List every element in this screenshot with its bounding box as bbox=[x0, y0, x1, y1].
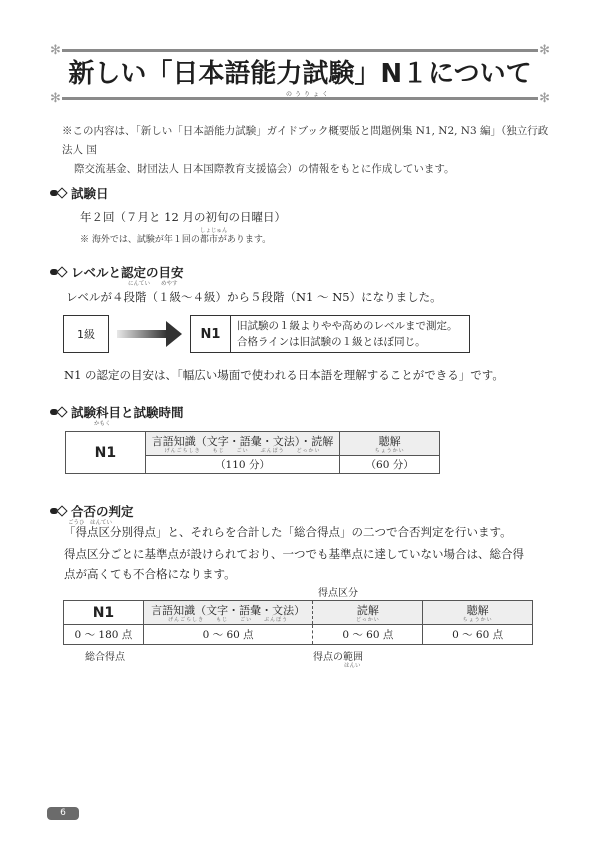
header-ruby: げんごちしき もじ ごい ぶんぽう どっかい bbox=[146, 448, 339, 454]
level-change-text: レベルが４段階（１級～４級）から５段階（N1 ～ N5）になりました。 bbox=[66, 288, 442, 306]
heading-ruby: にんてい めやす bbox=[128, 279, 178, 287]
range-ruby: はんい bbox=[344, 661, 361, 669]
pen-bullet-icon bbox=[50, 506, 68, 516]
score-table: N1 言語知識（文字・語彙・文法） げんごちしき もじ ごい ぶんぽう 読解 ど… bbox=[63, 600, 533, 645]
heading-ruby: かもく bbox=[94, 419, 111, 427]
header-ruby: ちょうかい bbox=[340, 448, 439, 454]
title-block: ✻ ✻ ✻ ✻ 新しい「日本語能力試験」N１について のうりょく bbox=[50, 44, 550, 104]
heading-label: 試験日 bbox=[71, 184, 109, 202]
header-label: 言語知識（文字・語彙・文法）・読解 bbox=[152, 435, 334, 448]
new-level-box: N1 旧試験の１級よりやや高めのレベルまで測定。 合格ラインは旧試験の１級とほぼ… bbox=[190, 315, 470, 353]
asterisk-decoration-icon: ✻ bbox=[539, 92, 550, 105]
header-ruby: げんごちしき もじ ごい ぶんぽう bbox=[144, 617, 313, 623]
header-label: 聴解 bbox=[379, 435, 401, 448]
exam-date-text: 年２回（７月と 12 月の初旬の日曜日） bbox=[80, 208, 286, 226]
table-level-cell: N1 bbox=[64, 601, 144, 625]
arrow-head-icon bbox=[166, 321, 182, 347]
asterisk-decoration-icon: ✻ bbox=[539, 44, 550, 57]
table-level-cell: N1 bbox=[66, 432, 146, 474]
section-heading-subjects: 試験科目と試験時間 bbox=[50, 403, 184, 421]
exam-date-note: ※ 海外では、試験が年１回の都市があります。 bbox=[80, 232, 271, 245]
title-ruby: のうりょく bbox=[286, 89, 331, 98]
table-header-cell: 言語知識（文字・語彙・文法） げんごちしき もじ ごい ぶんぽう bbox=[143, 601, 313, 625]
table-cell-total: 0 ～ 180 点 bbox=[64, 625, 144, 645]
old-level-box: 1級 bbox=[63, 315, 109, 353]
table-header-cell: 聴解 ちょうかい bbox=[423, 601, 533, 625]
pen-bullet-icon bbox=[50, 407, 68, 417]
level-criteria-text: N1 の認定の目安は、「幅広い場面で使われる日本語を理解することができる」です。 bbox=[64, 366, 504, 384]
document-page: ✻ ✻ ✻ ✻ 新しい「日本語能力試験」N１について のうりょく ※この内容は、… bbox=[0, 0, 600, 846]
heading-label: 試験科目と試験時間 bbox=[71, 403, 184, 421]
score-category-label: 得点区分 bbox=[318, 584, 358, 599]
page-title: 新しい「日本語能力試験」N１について bbox=[50, 58, 550, 90]
desc-line1: 旧試験の１級よりやや高めのレベルまで測定。 bbox=[237, 318, 463, 334]
intro-note: ※この内容は、「新しい「日本語能力試験」ガイドブック概要版と問題例集 N1, N… bbox=[62, 122, 552, 179]
table-cell-time: （110 分） bbox=[145, 456, 339, 474]
asterisk-decoration-icon: ✻ bbox=[50, 92, 61, 105]
table-cell-range: 0 ～ 60 点 bbox=[423, 625, 533, 645]
intro-note-line1: ※この内容は、「新しい「日本語能力試験」ガイドブック概要版と問題例集 N1, N… bbox=[62, 125, 548, 156]
table-cell-time: （60 分） bbox=[340, 456, 440, 474]
desc-line2: 合格ラインは旧試験の１級とほぼ同じ。 bbox=[237, 334, 463, 350]
table-cell-range: 0 ～ 60 点 bbox=[313, 625, 423, 645]
intro-note-line2: 際交流基金、財団法人 日本国際教育支援協会）の情報をもとに作成しています。 bbox=[62, 160, 552, 179]
pen-bullet-icon bbox=[50, 188, 68, 198]
table-header-cell: 読解 どっかい bbox=[313, 601, 423, 625]
new-level-description: 旧試験の１級よりやや高めのレベルまで測定。 合格ラインは旧試験の１級とほぼ同じ。 bbox=[231, 316, 469, 352]
table-cell-range: 0 ～ 60 点 bbox=[143, 625, 313, 645]
arrow-right-icon bbox=[117, 330, 167, 338]
total-score-label: 総合得点 bbox=[85, 648, 125, 663]
new-level-label: N1 bbox=[191, 316, 231, 352]
header-label: 聴解 bbox=[467, 604, 489, 617]
header-ruby: どっかい bbox=[313, 617, 422, 623]
header-label: 言語知識（文字・語彙・文法） bbox=[151, 604, 305, 617]
pass-fail-para2-line2: 点が高くても不合格になります。 bbox=[64, 565, 236, 583]
subjects-table: N1 言語知識（文字・語彙・文法）・読解 げんごちしき もじ ごい ぶんぽう ど… bbox=[65, 431, 440, 474]
header-ruby: ちょうかい bbox=[423, 617, 532, 623]
title-rule-top bbox=[62, 49, 538, 52]
page-number-badge: 6 bbox=[47, 807, 79, 820]
section-heading-exam-date: 試験日 bbox=[50, 184, 109, 202]
table-header-cell: 聴解 ちょうかい bbox=[340, 432, 440, 456]
header-label: 読解 bbox=[357, 604, 379, 617]
table-header-cell: 言語知識（文字・語彙・文法）・読解 げんごちしき もじ ごい ぶんぽう どっかい bbox=[145, 432, 339, 456]
asterisk-decoration-icon: ✻ bbox=[50, 44, 61, 57]
pass-fail-para1: 「得点区分別得点」と、それらを合計した「総合得点」の二つで合否判定を行います。 bbox=[64, 523, 512, 541]
pass-fail-para2-line1: 得点区分ごとに基準点が設けられており、一つでも基準点に達していない場合は、総合得 bbox=[64, 545, 524, 563]
pen-bullet-icon bbox=[50, 267, 68, 277]
